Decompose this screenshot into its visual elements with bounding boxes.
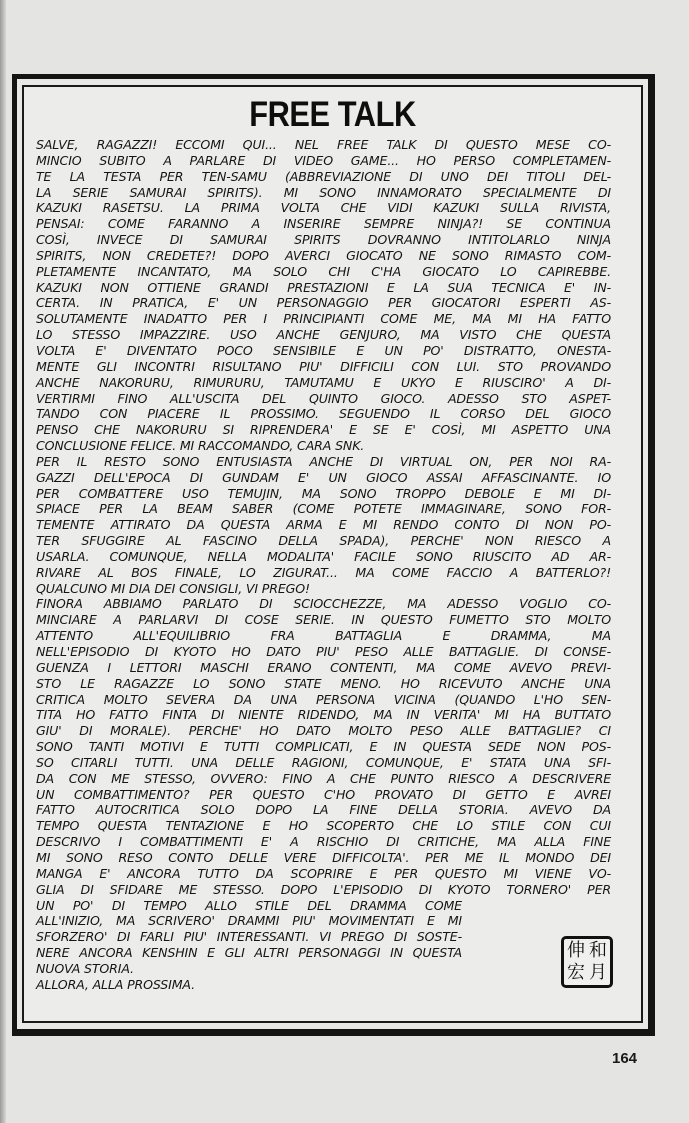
seal-char: 伸 <box>565 940 587 962</box>
text-line: VOLTA E' DIVENTATO POCO SENSIBILE E UN P… <box>36 343 611 359</box>
text-line: PLETAMENTE INCANTATO, MA SOLO CHI C'HA G… <box>36 264 611 280</box>
text-line: CONCLUSIONE FELICE. MI RACCOMANDO, CARA … <box>36 438 611 454</box>
text-line: TEMPO QUESTA TENTAZIONE E HO SCOPERTO CH… <box>36 818 611 834</box>
author-seal-stamp: 伸 和 宏 月 <box>561 936 613 988</box>
text-line: GAZZI DELL'EPOCA DI GUNDAM E' UN GIOCO A… <box>36 470 611 486</box>
free-talk-inner-frame: FREE TALK SALVE, RAGAZZI! ECCOMI QUI... … <box>22 85 643 1023</box>
text-line: TITA HO FATTO FINTA DI NIENTE RIDENDO, M… <box>36 707 611 723</box>
text-line: COSÌ, INVECE DI SAMURAI SPIRITS DOVRANNO… <box>36 232 611 248</box>
text-line: MENTE GLI INCONTRI RISULTANO PIU' DIFFIC… <box>36 359 611 375</box>
text-line: TANDO CON PIACERE IL PROSSIMO. SEGUENDO … <box>36 406 611 422</box>
text-line: KAZUKI NON OTTIENE GRANDI PRESTAZIONI E … <box>36 280 611 296</box>
text-line: PENSO CHE NAKORURU SI RIPRENDERA' E SE E… <box>36 422 611 438</box>
seal-char: 和 <box>587 940 609 962</box>
text-line: SOLUTAMENTE INADATTO PER I PRINCIPIANTI … <box>36 311 611 327</box>
text-line: MI SONO RESO CONTO DELLE VERE DIFFICOLTA… <box>36 850 611 866</box>
text-line: TEMENTE ATTIRATO DA QUESTA ARMA E MI REN… <box>36 517 611 533</box>
text-line: FATTO AUTOCRITICA SOLO DOPO LA FINE DELL… <box>36 802 611 818</box>
text-line: VERTIRMI FINO ALL'USCITA DEL QUINTO GIOC… <box>36 391 611 407</box>
text-line: CERTA. IN PRATICA, E' UN PERSONAGGIO PER… <box>36 295 611 311</box>
free-talk-body: SALVE, RAGAZZI! ECCOMI QUI... NEL FREE T… <box>36 137 635 993</box>
text-line: DA CON ME STESSO, OVVERO: FINO A CHE PUN… <box>36 771 611 787</box>
text-line: ATTENTO ALL'EQUILIBRIO FRA BATTAGLIA E D… <box>36 628 611 644</box>
text-line: ANCHE NAKORURU, RIMURURU, TAMUTAMU E UKY… <box>36 375 611 391</box>
text-line: MANGA E' ANCORA TUTTO DA SCOPRIRE E PER … <box>36 866 611 882</box>
text-line: SONO TANTI MOTIVI E TUTTI COMPLICATI, E … <box>36 739 611 755</box>
seal-char: 月 <box>587 962 609 984</box>
text-line: NERE ANCORA KENSHIN E GLI ALTRI PERSONAG… <box>36 945 462 961</box>
text-line: SPIACE PER LA BEAM SABER (COME POTETE IM… <box>36 501 611 517</box>
text-line: ALL'INIZIO, MA SCRIVERO' DRAMMI PIU' MOV… <box>36 913 462 929</box>
text-line: USARLA. COMUNQUE, NELLA MODALITA' FACILE… <box>36 549 611 565</box>
text-line: NELL'EPISODIO DI KYOTO HO DATO PIU' PESO… <box>36 644 611 660</box>
text-line: SFORZERO' DI FARLI PIU' INTERESSANTI. VI… <box>36 929 462 945</box>
text-line: QUALCUNO MI DIA DEI CONSIGLI, VI PREGO! <box>36 581 611 597</box>
text-line: SPIRITS, NON CREDETE?! DOPO AVERCI GIOCA… <box>36 248 611 264</box>
text-line: MINCIARE A PARLARVI DI COSE SERIE. IN QU… <box>36 612 611 628</box>
page-title: FREE TALK <box>61 95 604 135</box>
free-talk-frame: FREE TALK SALVE, RAGAZZI! ECCOMI QUI... … <box>12 74 655 1036</box>
text-line: CRITICA MOLTO SEVERA DA UNA PERSONA VICI… <box>36 692 611 708</box>
text-line: LO STESSO IMPAZZIRE. USO ANCHE GENJURO, … <box>36 327 611 343</box>
text-line: UN PO' DI TEMPO ALLO STILE DEL DRAMMA CO… <box>36 898 462 914</box>
text-line: ALLORA, ALLA PROSSIMA. <box>36 977 462 993</box>
text-line: TER SFUGGIRE AL FASCINO DELLA SPADA), PE… <box>36 533 611 549</box>
seal-char: 宏 <box>565 962 587 984</box>
text-line: KAZUKI RASETSU. LA PRIMA VOLTA CHE VIDI … <box>36 200 611 216</box>
text-line: DESCRIVO I COMBATTIMENTI E' A RISCHIO DI… <box>36 834 611 850</box>
text-line: SALVE, RAGAZZI! ECCOMI QUI... NEL FREE T… <box>36 137 611 153</box>
page-gutter-shadow <box>0 0 6 1123</box>
text-line: PER IL RESTO SONO ENTUSIASTA ANCHE DI VI… <box>36 454 611 470</box>
text-line: SO CITARLI TUTTI. UNA DELLE RAGIONI, COM… <box>36 755 611 771</box>
page-number: 164 <box>612 1050 637 1067</box>
text-line: UN COMBATTIMENTO? PER QUESTO C'HO PROVAT… <box>36 787 611 803</box>
text-line: RIVARE AL BOS FINALE, LO ZIGURAT... MA C… <box>36 565 611 581</box>
text-line: PENSAI: COME FARANNO A INSERIRE SEMPRE N… <box>36 216 611 232</box>
text-line: MINCIO SUBITO A PARLARE DI VIDEO GAME...… <box>36 153 611 169</box>
text-line: PER COMBATTERE USO TEMUJIN, MA SONO TROP… <box>36 486 611 502</box>
text-line: NUOVA STORIA. <box>36 961 462 977</box>
text-line: TE LA TESTA PER TEN-SAMU (ABBREVIAZIONE … <box>36 169 611 185</box>
text-line: GUENZA I LETTORI MASCHI ERANO CONTENTI, … <box>36 660 611 676</box>
text-line: STO LE RAGAZZE LO SONO STATE MENO. HO RI… <box>36 676 611 692</box>
text-line: LA SERIE SAMURAI SPIRITS). MI SONO INNAM… <box>36 185 611 201</box>
text-line: GIU' DI MORALE). PERCHE' HO DATO MOLTO P… <box>36 723 611 739</box>
text-line: GLIA DI SFIDARE ME STESSO. DOPO L'EPISOD… <box>36 882 611 898</box>
text-line: FINORA ABBIAMO PARLATO DI SCIOCCHEZZE, M… <box>36 596 611 612</box>
